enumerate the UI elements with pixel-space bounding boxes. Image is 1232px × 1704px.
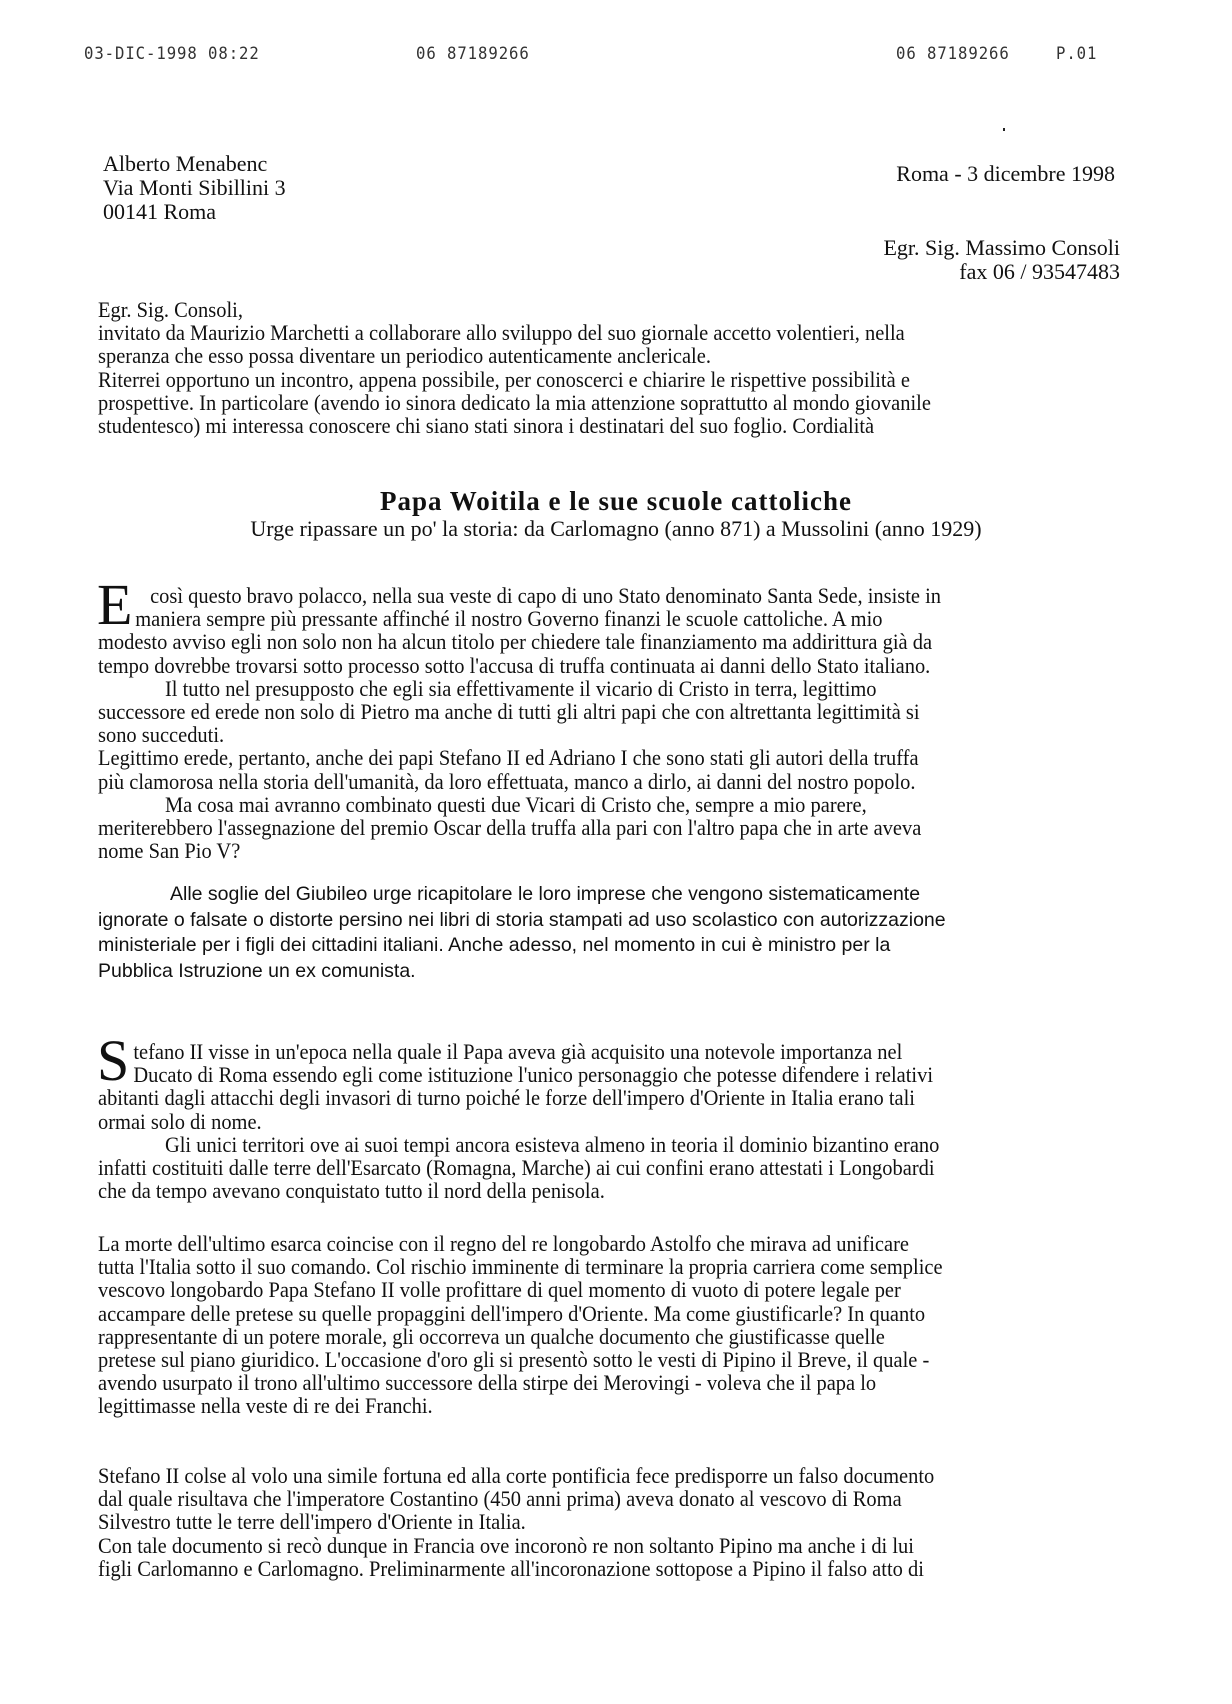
article-line: figli Carlomanno e Carlomagno. Prelimina… <box>98 1557 934 1580</box>
fax-number-center: 06 87189266 <box>416 44 530 64</box>
sender-city: 00141 Roma <box>103 200 286 224</box>
article-section-3: La morte dell'ultimo esarca coincise con… <box>98 1232 943 1418</box>
article-line: tutta l'Italia sotto il suo comando. Col… <box>98 1255 943 1278</box>
article-line: rappresentante di un potere morale, gli … <box>98 1325 943 1348</box>
article-line: sono succeduti. <box>98 723 941 746</box>
article-line: che da tempo avevano conquistato tutto i… <box>98 1179 939 1202</box>
fax-number-right: 06 87189266 <box>896 44 1010 64</box>
fax-page: 03-DIC-1998 08:22 06 87189266 06 8718926… <box>0 0 1232 1704</box>
article-line: tempo dovrebbe trovarsi sotto processo s… <box>98 654 941 677</box>
article-line: ormai solo di nome. <box>98 1110 939 1133</box>
article-line: così questo bravo polacco, nella sua ves… <box>98 584 941 607</box>
article-line: tefano II visse in un'epoca nella quale … <box>98 1040 939 1063</box>
article-line: dal quale risultava che l'imperatore Cos… <box>98 1487 934 1510</box>
article-line: Con tale documento si recò dunque in Fra… <box>98 1534 934 1557</box>
article-section-4: Stefano II colse al volo una simile fort… <box>98 1464 934 1580</box>
sender-name: Alberto Menabenc <box>103 152 286 176</box>
letter-line: prospettive. In particolare (avendo io s… <box>98 391 931 414</box>
article-line: pretese sul piano giuridico. L'occasione… <box>98 1348 943 1371</box>
article-line: successore ed erede non solo di Pietro m… <box>98 700 941 723</box>
article-line: Stefano II colse al volo una simile fort… <box>98 1464 934 1487</box>
article-line: ignorate o falsate o distorte persino ne… <box>98 908 946 934</box>
fax-datetime: 03-DIC-1998 08:22 <box>84 44 260 64</box>
article-line: accampare delle pretese su quelle propag… <box>98 1302 943 1325</box>
article-line: ministeriale per i figli dei cittadini i… <box>98 933 946 959</box>
article-section-1: così questo bravo polacco, nella sua ves… <box>98 584 941 862</box>
article-line: infatti costituiti dalle terre dell'Esar… <box>98 1156 939 1179</box>
letter-salutation: Egr. Sig. Consoli, <box>98 298 931 321</box>
letter-line: Riterrei opportuno un incontro, appena p… <box>98 368 931 391</box>
article-line: Gli unici territori ove ai suoi tempi an… <box>98 1133 939 1156</box>
article-line: Legittimo erede, pertanto, anche dei pap… <box>98 746 941 769</box>
article-line: abitanti dagli attacchi degli invasori d… <box>98 1086 939 1109</box>
recipient-name: Egr. Sig. Massimo Consoli <box>883 236 1120 260</box>
letter-line: speranza che esso possa diventare un per… <box>98 344 931 367</box>
article-line: La morte dell'ultimo esarca coincise con… <box>98 1232 943 1255</box>
article-line: maniera sempre più pressante affinché il… <box>98 607 941 630</box>
article-line: modesto avviso egli non solo non ha alcu… <box>98 630 941 653</box>
article-line: Il tutto nel presupposto che egli sia ef… <box>98 677 941 700</box>
recipient-fax: fax 06 / 93547483 <box>883 260 1120 284</box>
sender-street: Via Monti Sibillini 3 <box>103 176 286 200</box>
article-section-2: tefano II visse in un'epoca nella quale … <box>98 1040 939 1202</box>
fax-page-number: P.01 <box>1056 44 1097 64</box>
letter-body: Egr. Sig. Consoli, invitato da Maurizio … <box>98 298 931 437</box>
letter-line: invitato da Maurizio Marchetti a collabo… <box>98 321 931 344</box>
article-line: Ma cosa mai avranno combinato questi due… <box>98 793 941 816</box>
recipient-block: Egr. Sig. Massimo Consoli fax 06 / 93547… <box>883 236 1120 284</box>
article-line: Pubblica Istruzione un ex comunista. <box>98 959 946 985</box>
article-sans-paragraph: Alle soglie del Giubileo urge ricapitola… <box>98 882 946 984</box>
scan-speck <box>1003 128 1005 131</box>
article-line: nome San Pio V? <box>98 839 941 862</box>
article-title: Papa Woitila e le sue scuole cattoliche <box>0 486 1232 517</box>
letter-line: studentesco) mi interessa conoscere chi … <box>98 414 931 437</box>
article-line: legittimasse nella veste di re dei Franc… <box>98 1394 943 1417</box>
article-line: vescovo longobardo Papa Stefano II volle… <box>98 1278 943 1301</box>
article-line: Alle soglie del Giubileo urge ricapitola… <box>98 882 946 908</box>
article-line: Ducato di Roma essendo egli come istituz… <box>98 1063 939 1086</box>
article-line: più clamorosa nella storia dell'umanità,… <box>98 770 941 793</box>
date-line: Roma - 3 dicembre 1998 <box>896 162 1115 186</box>
article-line: Silvestro tutte le terre dell'impero d'O… <box>98 1510 934 1533</box>
article-line: avendo usurpato il trono all'ultimo succ… <box>98 1371 943 1394</box>
article-subtitle: Urge ripassare un po' la storia: da Carl… <box>0 516 1232 542</box>
sender-block: Alberto Menabenc Via Monti Sibillini 3 0… <box>103 152 286 224</box>
article-line: meriterebbero l'assegnazione del premio … <box>98 816 941 839</box>
